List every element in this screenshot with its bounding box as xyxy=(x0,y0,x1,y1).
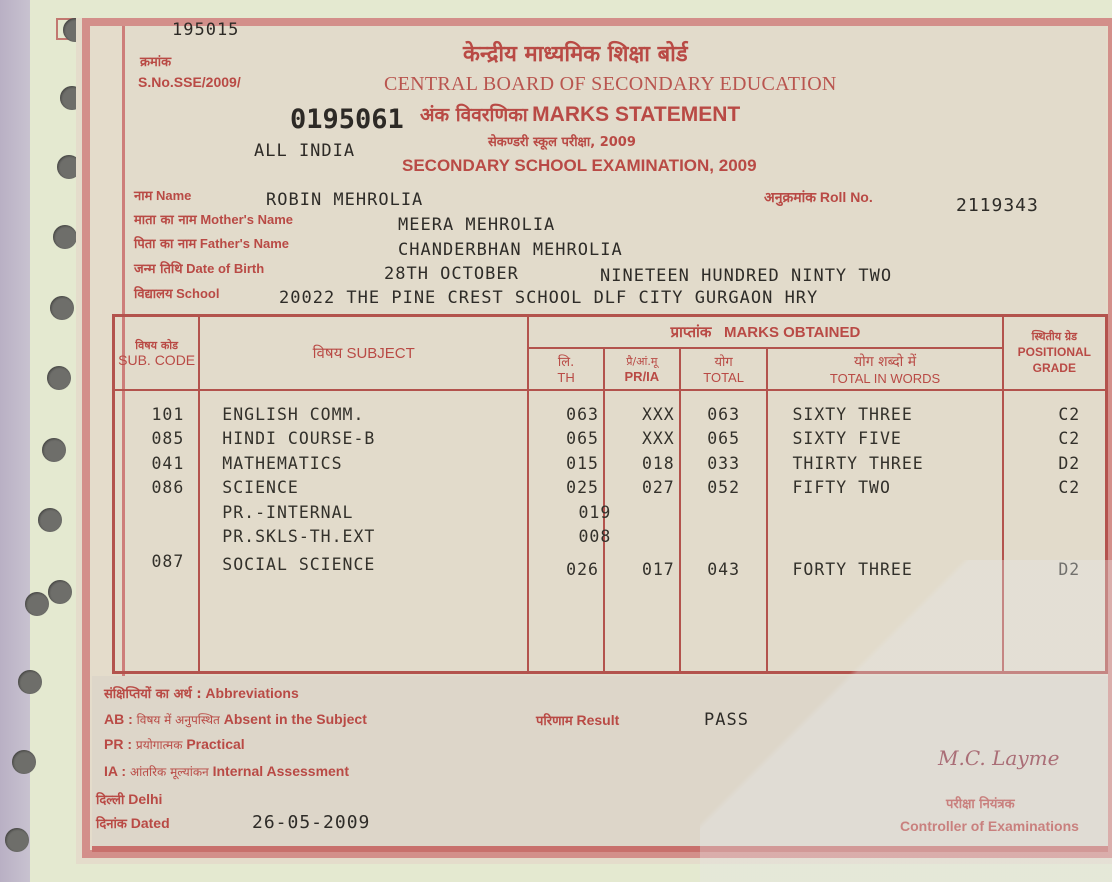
place-hindi: दिल्ली xyxy=(96,793,124,808)
th-marks: 015 xyxy=(529,452,599,477)
mother-label-english: Mother's Name xyxy=(200,212,293,227)
mother-label-hindi: माता का नाम xyxy=(134,213,197,228)
perforation-hole xyxy=(18,670,42,694)
pria-marks xyxy=(605,501,675,526)
column-total-in-words: SIXTY THREE SIXTY FIVE THIRTY THREE FIFT… xyxy=(767,390,1002,673)
header-marks-english: MARKS OBTAINED xyxy=(724,324,860,341)
roll-number: 2119343 xyxy=(956,195,1039,216)
place: दिल्ली Delhi xyxy=(96,790,162,808)
grade xyxy=(1034,501,1105,526)
header-th-hindi: लि. xyxy=(529,352,603,370)
column-total: 063 065 033 052 043 xyxy=(680,390,768,673)
header-subject-english: SUBJECT xyxy=(346,345,414,362)
column-subject: ENGLISH COMM. HINDI COURSE-B MATHEMATICS… xyxy=(199,390,528,673)
grade: C2 xyxy=(1034,403,1105,428)
subject-name: SCIENCE xyxy=(222,476,527,501)
header-subject: विषय SUBJECT xyxy=(199,316,528,390)
total-words xyxy=(792,525,1001,550)
sub-code: 086 xyxy=(115,476,184,501)
certificate-number: 0195061 xyxy=(290,104,404,135)
th-marks: 065 xyxy=(529,427,599,452)
sub-code xyxy=(115,501,184,526)
exam-name: SECONDARY SCHOOL EXAMINATION, 2009 xyxy=(402,156,757,176)
perforation-hole xyxy=(53,225,77,249)
perforation-hole xyxy=(25,592,49,616)
perforation-hole xyxy=(38,508,62,532)
header-words-hindi: योग शब्दो में xyxy=(768,352,1001,371)
dob-label-hindi: जन्म तिथि xyxy=(134,262,183,277)
total-words xyxy=(792,501,1001,526)
dob-label: जन्म तिथि Date of Birth xyxy=(134,259,264,277)
header-total: योग TOTAL xyxy=(680,348,768,390)
controller-signature: M.C. Layme xyxy=(938,746,1059,770)
column-sub-code: 101 085 041 086 087 xyxy=(114,390,200,673)
board-name-hindi: केन्द्रीय माध्यमिक शिक्षा बोर्ड xyxy=(463,38,688,68)
total-marks: 052 xyxy=(681,476,767,501)
father-label-english: Father's Name xyxy=(200,236,289,251)
result-label: परिणाम Result xyxy=(536,711,619,729)
roll-label: अनुक्रमांक Roll No. xyxy=(764,188,873,207)
total-words: FIFTY TWO xyxy=(792,476,1001,501)
abbreviation-item: IA : आंतरिक मूल्यांकन Internal Assessmen… xyxy=(104,763,349,780)
sub-code: 041 xyxy=(115,452,184,477)
perforation-hole xyxy=(42,438,66,462)
subject-component: PR.-INTERNAL019 xyxy=(222,501,527,526)
name-label-english: Name xyxy=(156,188,191,203)
abbreviations-title-hindi: संक्षिप्तियों का अर्थ : xyxy=(104,687,202,702)
header-marks-obtained: प्राप्तांक MARKS OBTAINED xyxy=(528,316,1002,348)
title-english: MARKS STATEMENT xyxy=(532,103,740,126)
header-pria-english: PR/IA xyxy=(605,369,679,384)
subject-name: MATHEMATICS xyxy=(222,452,527,477)
sub-code xyxy=(115,525,184,550)
header-grade-hindi: स्थितीय ग्रेड xyxy=(1004,329,1105,344)
school-name: 20022 THE PINE CREST SCHOOL DLF CITY GUR… xyxy=(279,288,818,308)
dob-label-english: Date of Birth xyxy=(186,261,264,276)
name-label: नाम Name xyxy=(134,186,191,204)
header-total-hindi: योग xyxy=(681,352,767,370)
grade xyxy=(1034,525,1105,550)
controller-title-hindi: परीक्षा नियंत्रक xyxy=(946,794,1015,812)
header-pr-ia: प्रै/आं.मू PR/IA xyxy=(604,348,680,390)
pria-marks xyxy=(605,525,675,550)
school-label-hindi: विद्यालय xyxy=(134,287,173,302)
th-marks: 063 xyxy=(529,403,599,428)
issue-date: 26-05-2009 xyxy=(252,812,370,833)
perforation-hole xyxy=(5,828,29,852)
abbreviations-title-english: Abbreviations xyxy=(205,685,298,701)
header-sub-code-hindi: विषय कोड xyxy=(115,338,198,353)
region: ALL INDIA xyxy=(254,141,355,161)
father-label-hindi: पिता का नाम xyxy=(134,237,196,252)
mother-name-label: माता का नाम Mother's Name xyxy=(134,210,293,228)
header-th-english: TH xyxy=(529,370,603,385)
pria-marks: 017 xyxy=(605,550,675,575)
controller-title: Controller of Examinations xyxy=(900,818,1079,834)
board-name: CENTRAL BOARD OF SECONDARY EDUCATION xyxy=(384,73,837,96)
dated-label-hindi: दिनांक xyxy=(96,817,127,832)
header-total-in-words: योग शब्दो में TOTAL IN WORDS xyxy=(767,348,1002,390)
exam-name-hindi: सेकण्डरी स्कूल परीक्षा, 2009 xyxy=(488,132,636,150)
pria-marks: 027 xyxy=(605,476,675,501)
marks-table: विषय कोड SUB. CODE विषय SUBJECT प्राप्ता… xyxy=(112,314,1108,674)
pria-marks: XXX xyxy=(605,427,675,452)
total-marks: 043 xyxy=(681,550,767,575)
header-pria-hindi: प्रै/आं.मू xyxy=(605,354,679,369)
total-words: SIXTY THREE xyxy=(792,403,1001,428)
pria-marks: XXX xyxy=(605,403,675,428)
result-label-english: Result xyxy=(577,712,620,728)
student-name: ROBIN MEHROLIA xyxy=(266,190,423,210)
total-marks xyxy=(681,501,767,526)
abbreviation-item: AB : विषय में अनुपस्थित Absent in the Su… xyxy=(104,711,367,728)
serial-label-hindi: क्रमांक xyxy=(140,52,171,70)
roll-label-english: Roll No. xyxy=(820,189,873,205)
top-serial-number: 195015 xyxy=(172,20,239,40)
total-marks: 063 xyxy=(681,403,767,428)
grade: C2 xyxy=(1034,427,1105,452)
father-name-label: पिता का नाम Father's Name xyxy=(134,234,289,252)
header-positional-grade: स्थितीय ग्रेड POSITIONAL GRADE xyxy=(1003,316,1107,390)
sub-code: 101 xyxy=(115,403,184,428)
total-marks: 033 xyxy=(681,452,767,477)
column-grade: C2 C2 D2 C2 D2 xyxy=(1003,390,1107,673)
header-th: लि. TH xyxy=(528,348,604,390)
school-label: विद्यालय School xyxy=(134,284,219,302)
component-marks: 019 xyxy=(579,501,612,526)
father-name: CHANDERBHAN MEHROLIA xyxy=(398,240,623,260)
header-subject-hindi: विषय xyxy=(313,344,343,362)
name-label-hindi: नाम xyxy=(134,189,152,204)
grade: D2 xyxy=(1034,550,1105,575)
perforation-hole xyxy=(12,750,36,774)
perforation-hole xyxy=(47,366,71,390)
column-pr-ia: XXX XXX 018 027 017 xyxy=(604,390,680,673)
result-value: PASS xyxy=(704,710,749,730)
header-words-english: TOTAL IN WORDS xyxy=(768,371,1001,386)
component-marks: 008 xyxy=(579,525,612,550)
grade: C2 xyxy=(1034,476,1105,501)
total-marks xyxy=(681,525,767,550)
total-words: THIRTY THREE xyxy=(792,452,1001,477)
th-marks: 026 xyxy=(529,550,599,575)
dob-day-month: 28TH OCTOBER xyxy=(384,264,519,284)
th-marks: 025 xyxy=(529,476,599,501)
subject-name: HINDI COURSE-B xyxy=(222,427,527,452)
total-words: SIXTY FIVE xyxy=(792,427,1001,452)
document-title: अंक विवरणिका MARKS STATEMENT xyxy=(420,101,740,127)
dob-year-words: NINETEEN HUNDRED NINTY TWO xyxy=(600,266,892,286)
place-english: Delhi xyxy=(128,791,162,807)
title-hindi: अंक विवरणिका xyxy=(420,104,528,126)
subject-name: SOCIAL SCIENCE xyxy=(222,550,527,575)
header-marks-hindi: प्राप्तांक xyxy=(670,323,711,341)
sub-code: 085 xyxy=(115,427,184,452)
grade: D2 xyxy=(1034,452,1105,477)
header-total-english: TOTAL xyxy=(681,370,767,385)
sub-code: 087 xyxy=(115,550,184,575)
school-label-english: School xyxy=(176,286,219,301)
perforation-hole xyxy=(50,296,74,320)
header-sub-code: विषय कोड SUB. CODE xyxy=(114,316,200,390)
mother-name: MEERA MEHROLIA xyxy=(398,215,555,235)
result-label-hindi: परिणाम xyxy=(536,714,573,729)
roll-label-hindi: अनुक्रमांक xyxy=(764,190,816,206)
pria-marks: 018 xyxy=(605,452,675,477)
header-sub-code-english: SUB. CODE xyxy=(115,353,198,367)
dated-label: दिनांक Dated xyxy=(96,814,170,832)
perforation-hole xyxy=(48,580,72,604)
dated-label-english: Dated xyxy=(131,815,170,831)
total-words: FORTY THREE xyxy=(792,550,1001,575)
subject-name: ENGLISH COMM. xyxy=(222,403,527,428)
abbreviations-title: संक्षिप्तियों का अर्थ : Abbreviations xyxy=(104,684,299,702)
subject-component: PR.SKLS-TH.EXT008 xyxy=(222,525,527,550)
serial-label: S.No.SSE/2009/ xyxy=(138,74,241,90)
total-marks: 065 xyxy=(681,427,767,452)
header-grade-english: POSITIONAL GRADE xyxy=(1004,344,1105,376)
abbreviation-item: PR : प्रयोगात्मक Practical xyxy=(104,736,245,753)
